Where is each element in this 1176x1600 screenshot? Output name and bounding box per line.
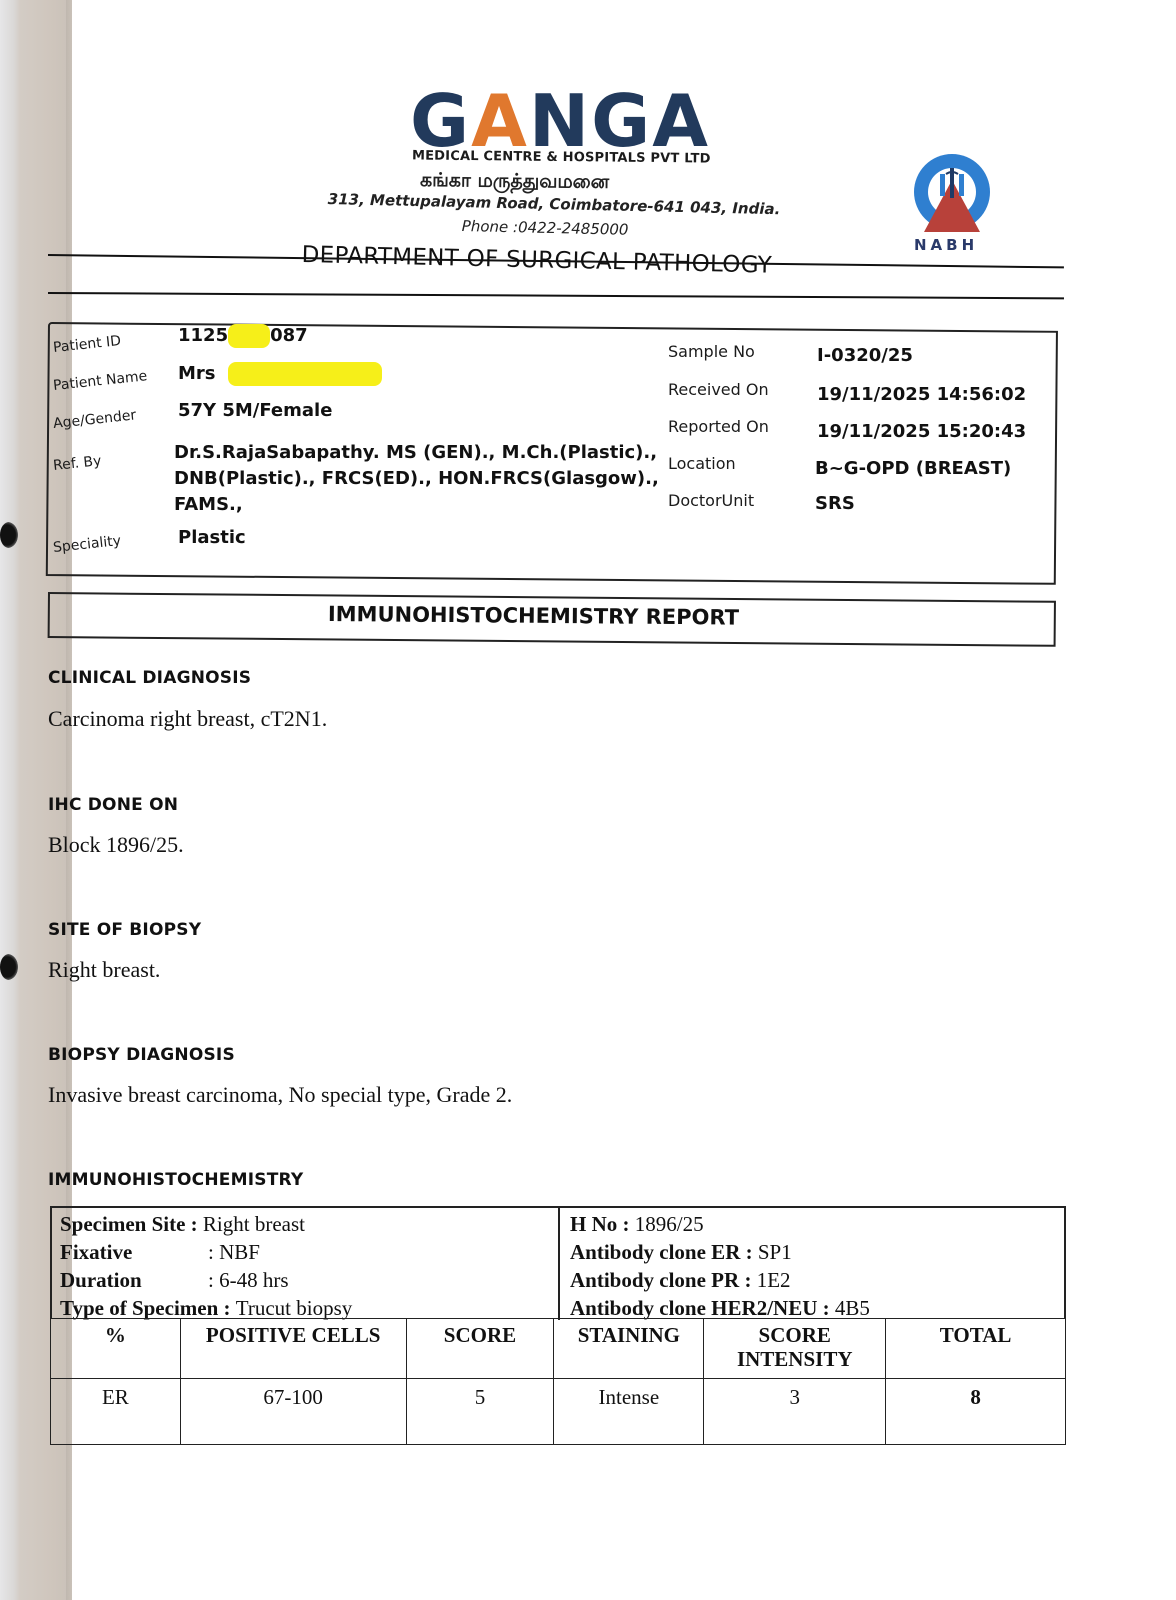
clinical-diagnosis-text: Carcinoma right breast, cT2N1. [48,706,327,732]
table-row: ER 67-100 5 Intense 3 8 [51,1379,1066,1445]
header-rule-bottom [48,292,1064,299]
duration-key: Duration [60,1266,208,1294]
referred-by-value: Dr.S.RajaSabapathy. MS (GEN)., M.Ch.(Pla… [174,440,664,518]
biopsy-diagnosis-text: Invasive breast carcinoma, No special ty… [48,1082,512,1108]
h-no-value: 1896/25 [635,1212,704,1236]
column-header-positive-cells: POSITIVE CELLS [180,1319,406,1379]
hospital-phone: Phone :0422-2485000 [462,217,629,239]
antibody-info: H No : 1896/25 Antibody clone ER : SP1 A… [570,1210,870,1322]
cell-score: 5 [406,1379,554,1445]
pathology-report-page: GANGA MEDICAL CENTRE & HOSPITALS PVT LTD… [0,0,1176,1600]
cell-marker: ER [51,1379,181,1445]
nabh-label: NABH [914,236,978,254]
separator: : [817,1296,835,1320]
sample-no-value: I-0320/25 [817,345,913,366]
clone-pr-row: Antibody clone PR : 1E2 [570,1266,870,1294]
specimen-type-value: Trucut biopsy [236,1296,353,1320]
hospital-logo: GANGA [410,88,700,154]
patient-id-prefix: 1125 [178,325,228,346]
cell-score-intensity: 3 [704,1379,886,1445]
speciality-value: Plastic [178,527,246,548]
ihc-results-table: Specimen Site : Right breast Fixative: N… [50,1206,1066,1446]
patient-id-suffix: 087 [270,325,308,346]
age-gender-value: 57Y 5M/Female [178,400,332,421]
reported-on-label: Reported On [668,417,769,436]
clone-pr-key: Antibody clone PR [570,1268,739,1292]
clone-pr-value: 1E2 [757,1268,791,1292]
clone-er-value: SP1 [758,1240,792,1264]
fixative-key: Fixative [60,1238,208,1266]
redaction-mark [228,362,382,386]
separator: : [739,1268,757,1292]
doctor-unit-value: SRS [815,493,855,514]
clone-her2-value: 4B5 [835,1296,870,1320]
specimen-site-key: Specimen Site [60,1212,185,1236]
column-header-score-intensity: SCORE INTENSITY [704,1319,886,1379]
immunohistochemistry-heading: IMMUNOHISTOCHEMISTRY [48,1170,303,1190]
redaction-mark [228,324,270,348]
hospital-name: MEDICAL CENTRE & HOSPITALS PVT LTD [412,148,711,166]
patient-id-value: 1125087 [178,324,308,348]
patient-name-value: Mrs [178,362,382,386]
specimen-site-value: Right breast [203,1212,305,1236]
specimen-type-key: Type of Specimen [60,1296,218,1320]
location-label: Location [668,454,736,473]
fixative-value: NBF [219,1240,260,1264]
specimen-info: Specimen Site : Right breast Fixative: N… [60,1210,352,1322]
clone-er-key: Antibody clone ER [570,1240,740,1264]
panel-divider [558,1208,560,1320]
column-header-score: SCORE [406,1319,554,1379]
column-header-total: TOTAL [886,1319,1066,1379]
cell-staining: Intense [554,1379,704,1445]
duration-row: Duration: 6-48 hrs [60,1266,352,1294]
patient-name-prefix: Mrs [178,363,216,384]
report-title: IMMUNOHISTOCHEMISTRY REPORT [328,602,739,630]
cell-total: 8 [886,1379,1066,1445]
clone-her2-key: Antibody clone HER2/NEU [570,1296,817,1320]
fixative-row: Fixative: NBF [60,1238,352,1266]
separator: : [208,1240,219,1264]
sample-no-label: Sample No [668,342,755,361]
clinical-diagnosis-heading: CLINICAL DIAGNOSIS [48,668,251,688]
column-header-percent: % [51,1319,181,1379]
received-on-label: Received On [668,380,769,399]
site-of-biopsy-text: Right breast. [48,957,160,983]
separator: : [617,1212,635,1236]
ihc-done-on-heading: IHC DONE ON [48,795,178,815]
site-of-biopsy-heading: SITE OF BIOPSY [48,920,201,940]
doctor-unit-label: DoctorUnit [668,491,754,510]
received-on-value: 19/11/2025 14:56:02 [817,384,1026,405]
separator: : [185,1212,203,1236]
h-no-row: H No : 1896/25 [570,1210,870,1238]
separator: : [740,1240,758,1264]
ihc-specimen-panel: Specimen Site : Right breast Fixative: N… [50,1206,1066,1318]
location-value: B~G-OPD (BREAST) [815,458,1011,479]
h-no-key: H No [570,1212,617,1236]
clone-er-row: Antibody clone ER : SP1 [570,1238,870,1266]
reported-on-value: 19/11/2025 15:20:43 [817,421,1026,442]
column-header-staining: STAINING [554,1319,704,1379]
biopsy-diagnosis-heading: BIOPSY DIAGNOSIS [48,1045,235,1065]
ihc-score-table: % POSITIVE CELLS SCORE STAINING SCORE IN… [50,1318,1066,1445]
specimen-site-row: Specimen Site : Right breast [60,1210,352,1238]
ihc-done-on-text: Block 1896/25. [48,832,184,858]
separator: : [218,1296,236,1320]
separator: : [208,1268,219,1292]
table-header-row: % POSITIVE CELLS SCORE STAINING SCORE IN… [51,1319,1066,1379]
hospital-address: 313, Mettupalayam Road, Coimbatore-641 0… [328,190,781,218]
cell-positive-cells: 67-100 [180,1379,406,1445]
duration-value: 6-48 hrs [219,1268,288,1292]
department-title: DEPARTMENT OF SURGICAL PATHOLOGY [301,242,772,279]
